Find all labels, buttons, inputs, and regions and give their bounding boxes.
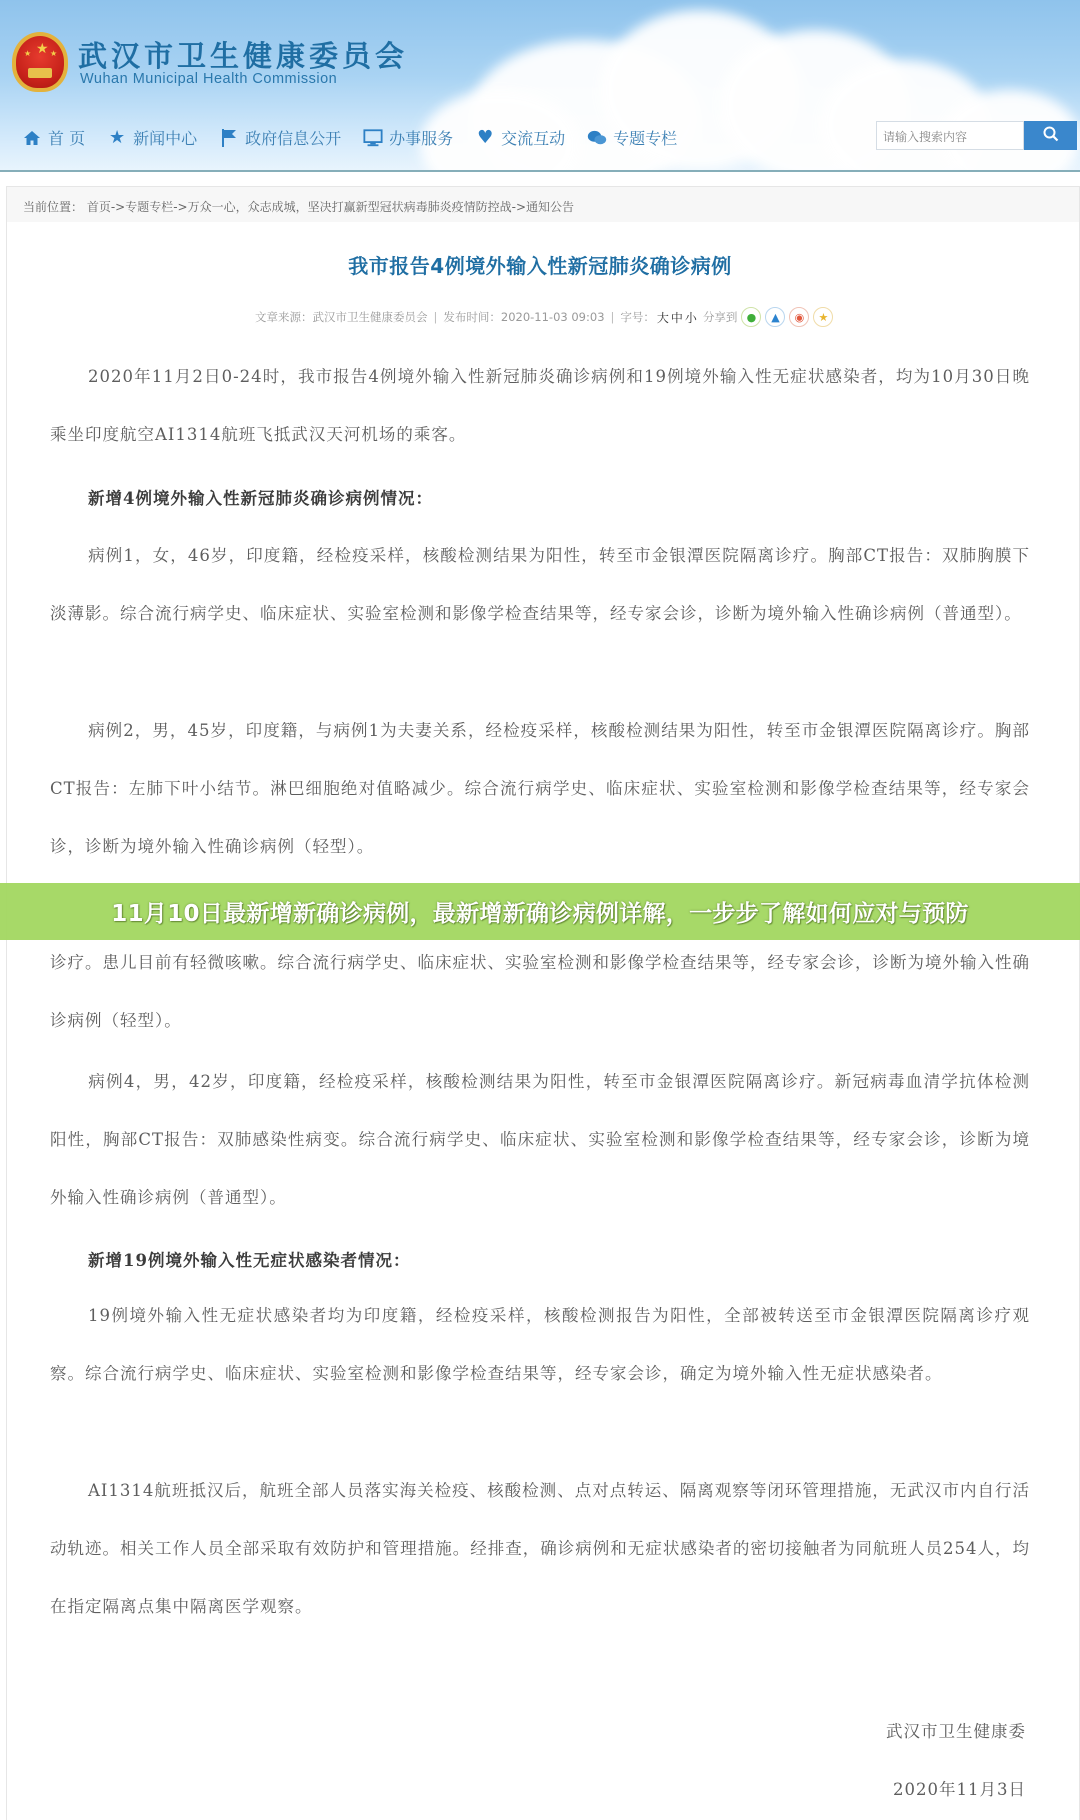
org-name-en: Wuhan Municipal Health Commission bbox=[80, 71, 337, 87]
breadcrumb-label: 当前位置： bbox=[23, 200, 83, 214]
nav-item-topics[interactable]: 专题专栏 bbox=[587, 126, 677, 149]
home-icon bbox=[22, 128, 42, 148]
wechat-share-icon[interactable]: ● bbox=[741, 307, 761, 327]
weibo-share-icon[interactable]: ◉ bbox=[789, 307, 809, 327]
case-3-paragraph-partial: 诊疗。患儿目前有轻微咳嗽。综合流行病学史、临床症状、实验室检测和影像学检查结果等… bbox=[50, 934, 1030, 1050]
font-size-medium[interactable]: 中 bbox=[671, 309, 683, 326]
section-heading-confirmed: 新增4例境外输入性新冠肺炎确诊病例情况： bbox=[88, 485, 433, 509]
overlay-headline-banner: 11月10日最新增新确诊病例，最新增新确诊病例详解，一步步了解如何应对与预防 bbox=[0, 883, 1080, 940]
intro-paragraph: 2020年11月2日0-24时，我市报告4例境外输入性新冠肺炎确诊病例和19例境… bbox=[50, 348, 1030, 464]
nav-item-home[interactable]: 首 页 bbox=[22, 126, 85, 149]
qq-share-icon[interactable]: ▲ bbox=[765, 307, 785, 327]
source-value: 武汉市卫生健康委员会 bbox=[313, 309, 428, 325]
heart-icon: ♥ bbox=[475, 128, 495, 148]
nav-item-interaction[interactable]: ♥ 交流互动 bbox=[475, 126, 565, 149]
case-1-paragraph: 病例1，女，46岁，印度籍，经检疫采样，核酸检测结果为阳性，转至市金银潭医院隔离… bbox=[50, 527, 1030, 643]
nav-label: 首 页 bbox=[48, 126, 85, 149]
site-header: ★ ★ ★ 武汉市卫生健康委员会 Wuhan Municipal Health … bbox=[0, 0, 1080, 172]
published-value: 2020-11-03 09:03 bbox=[501, 310, 605, 324]
breadcrumb-path[interactable]: 首页->专题专栏->万众一心，众志成城，坚决打赢新型冠状病毒肺炎疫情防控战->通… bbox=[87, 200, 574, 214]
case-2-paragraph: 病例2，男，45岁，印度籍，与病例1为夫妻关系，经检疫采样，核酸检测结果为阳性，… bbox=[50, 702, 1030, 876]
monitor-icon bbox=[363, 128, 383, 148]
divider: | bbox=[611, 310, 615, 324]
article-title: 我市报告4例境外输入性新冠肺炎确诊病例 bbox=[0, 250, 1080, 279]
nav-label: 交流互动 bbox=[501, 126, 565, 149]
asymptomatic-paragraph: 19例境外输入性无症状感染者均为印度籍，经检疫采样，核酸检测报告为阳性，全部被转… bbox=[50, 1287, 1030, 1403]
search-button[interactable] bbox=[1024, 121, 1077, 150]
main-nav: 首 页 ★ 新闻中心 政府信息公开 办事服务 ♥ 交流互动 专题专栏 bbox=[22, 126, 677, 149]
signature: 武汉市卫生健康委 bbox=[886, 1718, 1026, 1742]
nav-item-services[interactable]: 办事服务 bbox=[363, 126, 453, 149]
flag-icon bbox=[219, 128, 239, 148]
search-input[interactable]: 请输入搜索内容 bbox=[876, 121, 1024, 150]
favorite-star-icon[interactable]: ★ bbox=[813, 307, 833, 327]
font-size-small[interactable]: 小 bbox=[685, 309, 697, 326]
case-4-paragraph: 病例4，男，42岁，印度籍，经检疫采样，核酸检测结果为阳性，转至市金银潭医院隔离… bbox=[50, 1053, 1030, 1227]
org-name-cn[interactable]: 武汉市卫生健康委员会 bbox=[78, 34, 408, 75]
national-emblem-logo[interactable]: ★ ★ ★ bbox=[12, 32, 68, 92]
nav-item-gov-info[interactable]: 政府信息公开 bbox=[219, 126, 341, 149]
nav-label: 政府信息公开 bbox=[245, 126, 341, 149]
nav-label: 办事服务 bbox=[389, 126, 453, 149]
search-icon bbox=[1043, 126, 1059, 146]
flight-paragraph: AI1314航班抵汉后，航班全部人员落实海关检疫、核酸检测、点对点转运、隔离观察… bbox=[50, 1462, 1030, 1636]
nav-label: 新闻中心 bbox=[133, 126, 197, 149]
font-size-label: 字号： bbox=[620, 309, 655, 325]
overlay-headline-text: 11月10日最新增新确诊病例，最新增新确诊病例详解，一步步了解如何应对与预防 bbox=[111, 895, 968, 928]
published-label: 发布时间： bbox=[443, 309, 501, 325]
breadcrumb: 当前位置： 首页->专题专栏->万众一心，众志成城，坚决打赢新型冠状病毒肺炎疫情… bbox=[6, 186, 1080, 222]
signature-date: 2020年11月3日 bbox=[893, 1776, 1026, 1800]
nav-item-news[interactable]: ★ 新闻中心 bbox=[107, 126, 197, 149]
nav-label: 专题专栏 bbox=[613, 126, 677, 149]
chat-bubbles-icon bbox=[587, 128, 607, 148]
divider: | bbox=[434, 310, 438, 324]
share-label: 分享到 bbox=[703, 309, 738, 325]
source-label: 文章来源： bbox=[255, 309, 313, 325]
section-heading-asymptomatic: 新增19例境外输入性无症状感染者情况： bbox=[88, 1247, 410, 1271]
article-meta: 文章来源： 武汉市卫生健康委员会 | 发布时间： 2020-11-03 09:0… bbox=[255, 307, 833, 327]
star-icon: ★ bbox=[107, 128, 127, 148]
font-size-large[interactable]: 大 bbox=[657, 309, 669, 326]
